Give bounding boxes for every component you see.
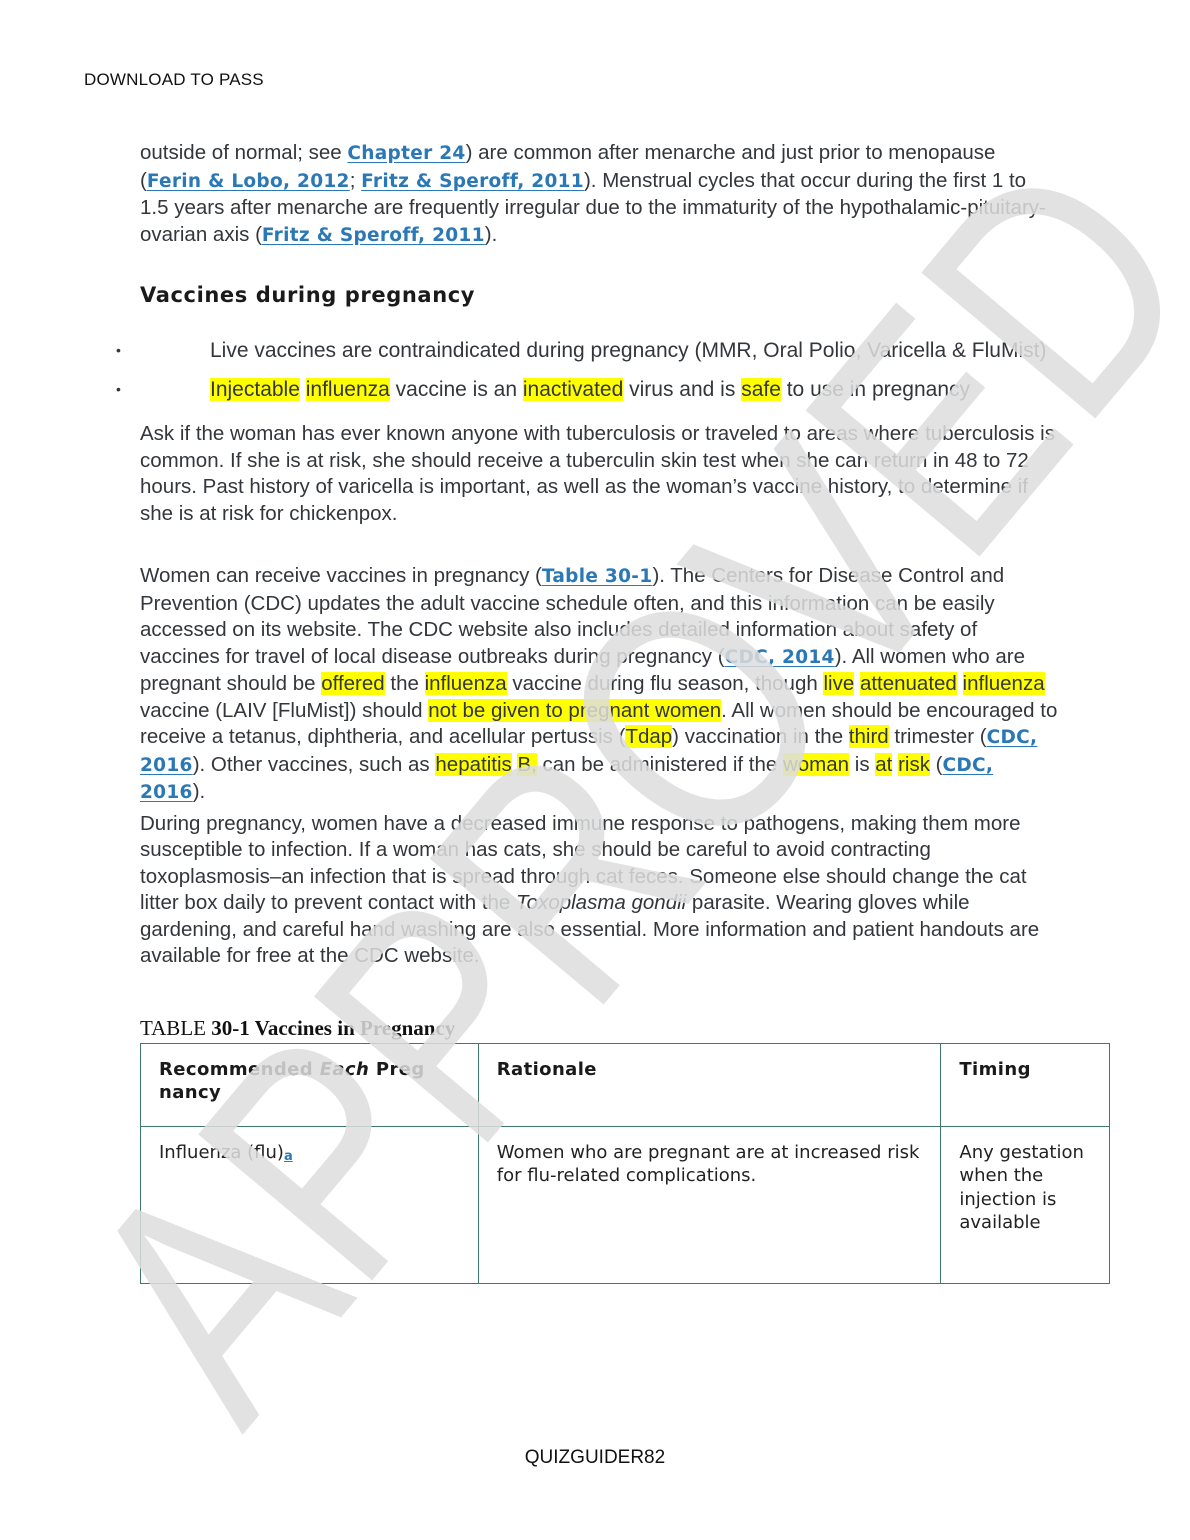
cdc-2014-link[interactable]: CDC, 2014 xyxy=(725,647,835,668)
cell-vaccine: Influenza (flu)a xyxy=(141,1126,479,1283)
text-run xyxy=(300,378,306,401)
text-run: ; xyxy=(350,169,361,192)
caption-title: 30-1 Vaccines in Pregnancy xyxy=(211,1016,455,1040)
highlight: inactivated xyxy=(523,378,623,401)
highlight: third xyxy=(849,725,889,748)
text-run: vaccine is an xyxy=(390,378,523,401)
caption-prefix: TABLE xyxy=(140,1016,211,1040)
header-text: Recommended xyxy=(159,1059,320,1080)
fritz-speroff-2011-link-2[interactable]: Fritz & Speroff, 2011 xyxy=(262,225,485,246)
text-run: vaccine during flu season, though xyxy=(507,672,824,695)
bullet-text: Injectable influenza vaccine is an inact… xyxy=(150,378,970,401)
text-run: to use in pregnancy xyxy=(781,378,970,401)
highlight: not be given to pregnant women xyxy=(428,699,721,722)
column-header-recommended: Recommended Each Preg nancy xyxy=(141,1043,479,1126)
highlight: safe xyxy=(741,378,781,401)
highlight: influenza xyxy=(306,378,390,401)
bullet-icon: • xyxy=(116,339,121,362)
bullet-icon: • xyxy=(116,378,121,401)
text-run: Women can receive vaccines in pregnancy … xyxy=(140,564,542,587)
vaccines-paragraph: Women can receive vaccines in pregnancy … xyxy=(140,563,1060,807)
header-emphasis: Each xyxy=(320,1059,370,1080)
text-run: virus and is xyxy=(623,378,741,401)
highlight: influenza xyxy=(963,672,1045,695)
page-footer: QUIZGUIDER82 xyxy=(0,1447,1190,1469)
table-header-row: Recommended Each Preg nancy Rationale Ti… xyxy=(141,1043,1110,1126)
text-run: ). Other vaccines, such as xyxy=(193,753,436,776)
text-run: is xyxy=(849,753,875,776)
column-header-rationale: Rationale xyxy=(478,1043,941,1126)
cell-timing: Any gestation when the injection is avai… xyxy=(941,1126,1110,1283)
highlight: live xyxy=(823,672,854,695)
highlight: hepatitis xyxy=(435,753,511,776)
text-run: ( xyxy=(930,753,943,776)
ferin-lobo-2012-link[interactable]: Ferin & Lobo, 2012 xyxy=(147,171,350,192)
text-run: vaccine (LAIV [FluMist]) should xyxy=(140,699,428,722)
intro-paragraph: outside of normal; see Chapter 24) are c… xyxy=(140,140,1060,249)
bullet-item-live-vaccines: • Live vaccines are contraindicated duri… xyxy=(140,339,1060,362)
italic-term: Toxoplasma gondii xyxy=(516,891,686,914)
footnote-a-link[interactable]: a xyxy=(284,1149,293,1164)
column-header-timing: Timing xyxy=(941,1043,1110,1126)
text-run xyxy=(957,672,963,695)
page-header: DOWNLOAD TO PASS xyxy=(84,70,264,90)
highlight: B, xyxy=(517,753,536,776)
table-row: Influenza (flu)a Women who are pregnant … xyxy=(141,1126,1110,1283)
text-run: ). xyxy=(485,223,498,246)
highlight: Injectable xyxy=(210,378,300,401)
highlight: risk xyxy=(898,753,930,776)
text-run: ) vaccination in the xyxy=(672,725,849,748)
text-run: outside of normal; see xyxy=(140,141,347,164)
highlight: Tdap xyxy=(625,725,672,748)
section-heading-vaccines: Vaccines during pregnancy xyxy=(140,283,1060,307)
tuberculosis-paragraph: Ask if the woman has ever known anyone w… xyxy=(140,421,1060,527)
highlight: at xyxy=(875,753,892,776)
text-run: the xyxy=(385,672,425,695)
toxoplasmosis-paragraph: During pregnancy, women have a decreased… xyxy=(140,811,1060,970)
bullet-item-injectable-influenza: • Injectable influenza vaccine is an ina… xyxy=(140,378,1060,401)
vaccines-table: Recommended Each Preg nancy Rationale Ti… xyxy=(140,1043,1110,1284)
bullet-text: Live vaccines are contraindicated during… xyxy=(150,339,1046,362)
table-30-1-link[interactable]: Table 30-1 xyxy=(542,566,653,587)
text-run: ). xyxy=(193,780,206,803)
highlight: offered xyxy=(321,672,384,695)
document-body: outside of normal; see Chapter 24) are c… xyxy=(140,140,1060,1284)
text-run: trimester ( xyxy=(889,725,987,748)
table-caption: TABLE 30-1 Vaccines in Pregnancy xyxy=(140,1016,1060,1041)
chapter-24-link[interactable]: Chapter 24 xyxy=(347,143,465,164)
fritz-speroff-2011-link[interactable]: Fritz & Speroff, 2011 xyxy=(361,171,584,192)
text-run: can be administered if the xyxy=(537,753,783,776)
highlight: woman xyxy=(783,753,849,776)
cell-rationale: Women who are pregnant are at increased … xyxy=(478,1126,941,1283)
highlight: influenza xyxy=(425,672,507,695)
vaccine-name: Influenza (flu) xyxy=(159,1142,284,1163)
highlight: attenuated xyxy=(860,672,957,695)
